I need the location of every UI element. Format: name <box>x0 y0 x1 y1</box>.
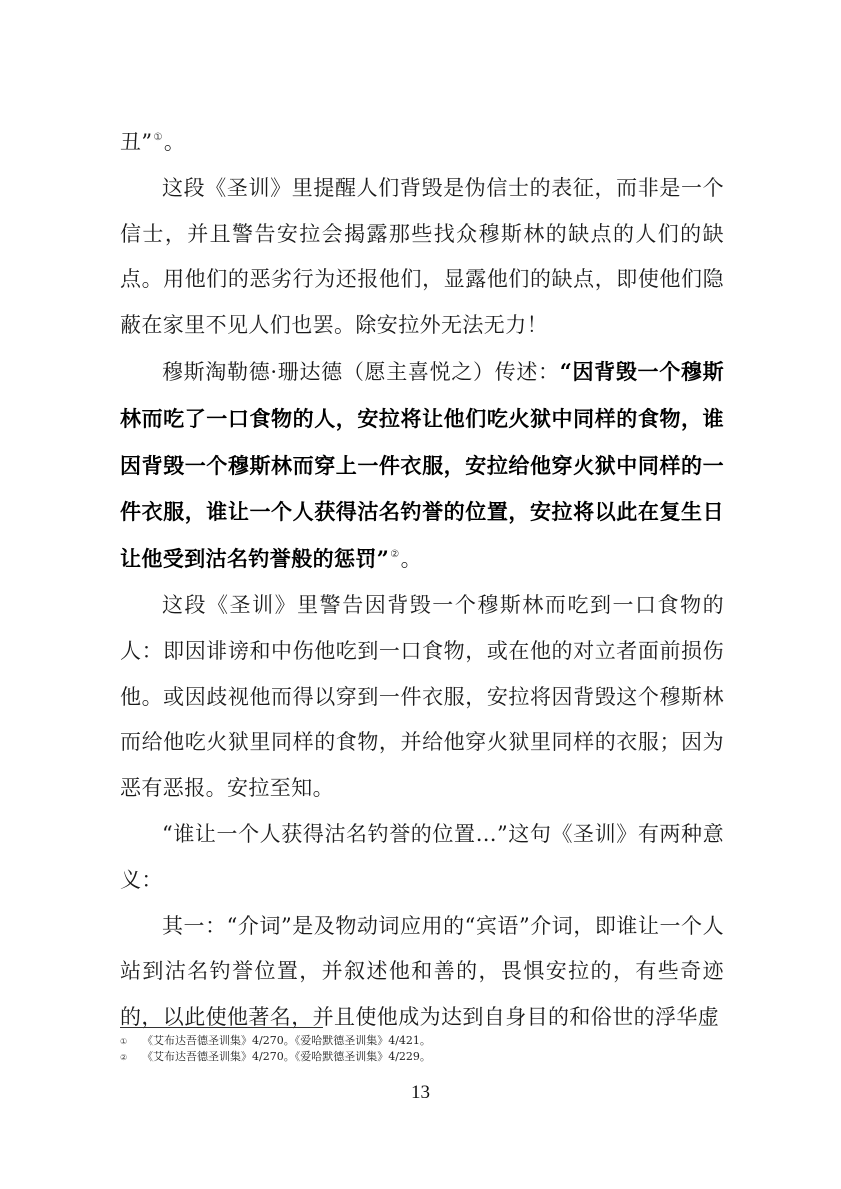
footnote-mark: ② <box>120 1050 142 1065</box>
footnote-text: 《艾布达吾德圣训集》4/270。《爱哈默德圣训集》4/421。 <box>142 1033 431 1048</box>
footnote-2: ② 《艾布达吾德圣训集》4/270。《爱哈默德圣训集》4/229。 <box>120 1049 720 1065</box>
paragraph-hadith: 穆斯淘勒德·珊达德（愿主喜悦之）传述：“因背毁一个穆斯林而吃了一口食物的人，安拉… <box>120 349 724 583</box>
footnote-divider <box>120 1027 323 1028</box>
footnotes: ① 《艾布达吾德圣训集》4/270。《爱哈默德圣训集》4/421。 ② 《艾布达… <box>120 1033 720 1065</box>
paragraph-commentary-4: 其一：“介词”是及物动词应用的“宾语”介词，即谁让一个人站到沽名钓誉位置，并叙述… <box>120 904 724 1041</box>
footnote-ref-2[interactable]: ② <box>390 549 399 560</box>
paragraph-text: 丑” <box>120 130 153 154</box>
document-page: 丑”①。 这段《圣训》里提醒人们背毁是伪信士的表征，而非是一个信士，并且警告安拉… <box>0 0 841 1189</box>
paragraph-text: 。 <box>401 547 422 571</box>
footnote-text: 《艾布达吾德圣训集》4/270。《爱哈默德圣训集》4/229。 <box>142 1049 431 1064</box>
body-text: 丑”①。 这段《圣训》里提醒人们背毁是伪信士的表征，而非是一个信士，并且警告安拉… <box>120 120 724 1041</box>
paragraph-text: 。 <box>164 130 185 154</box>
footnote-ref-1[interactable]: ① <box>154 132 163 143</box>
paragraph-commentary-2: 这段《圣训》里警告因背毁一个穆斯林而吃到一口食物的人：即因诽谤和中伤他吃到一口食… <box>120 583 724 812</box>
hadith-quote: “因背毁一个穆斯林而吃了一口食物的人，安拉将让他们吃火狱中同样的食物，谁因背毁一… <box>120 359 724 571</box>
footnote-mark: ① <box>120 1034 142 1049</box>
paragraph-commentary-3: “谁让一个人获得沽名钓誉的位置…”这句《圣训》有两种意义： <box>120 812 724 904</box>
footnote-1: ① 《艾布达吾德圣训集》4/270。《爱哈默德圣训集》4/421。 <box>120 1033 720 1049</box>
page-number: 13 <box>0 1082 841 1104</box>
paragraph-continuation: 丑”①。 <box>120 120 724 166</box>
hadith-narrator: 穆斯淘勒德·珊达德（愿主喜悦之）传述： <box>162 360 560 384</box>
paragraph-commentary-1: 这段《圣训》里提醒人们背毁是伪信士的表征，而非是一个信士，并且警告安拉会揭露那些… <box>120 166 724 349</box>
